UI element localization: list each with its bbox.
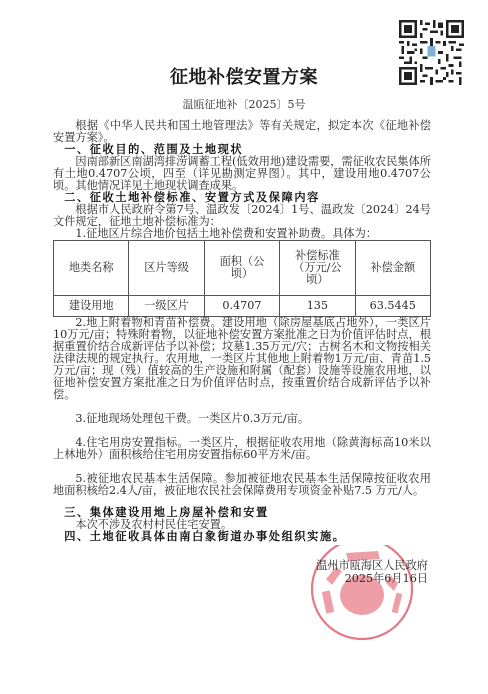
- section2-item5: 5.被征地农民基本生活保障。参加被征地农民基本生活保障按征收农用地面积核给2.4…: [53, 473, 431, 497]
- table-cell-area: 0.4707: [204, 296, 279, 317]
- section2-item1: 1.征地区片综合地价包括土地补偿费和安置补助费。具体为：: [53, 228, 431, 240]
- document-title: 征地补偿安置方案: [0, 63, 488, 89]
- document-body: 根据《中华人民共和国土地管理法》等有关规定，拟定本次《征地补偿安置方案》。 一、…: [53, 120, 431, 543]
- section2-item3: 3.征地现场处理包干费。一类区片0.3万元/亩。: [53, 413, 431, 425]
- compensation-table: 地类名称 区片等级 面积（公顷） 补偿标准（万元/公顷） 补偿金额 建设用地 一…: [53, 240, 431, 317]
- table-cell-amount: 63.5445: [355, 296, 430, 317]
- section2-intro: 根据市人民政府令第7号、温政发〔2024〕1号、温政发〔2024〕24号文件规定…: [53, 204, 431, 228]
- table-cell-land-type: 建设用地: [54, 296, 129, 317]
- table-cell-rate: 135: [280, 296, 355, 317]
- table-header-cell: 补偿金额: [355, 241, 430, 296]
- table-row: 建设用地 一级区片 0.4707 135 63.5445: [54, 296, 431, 317]
- section2-item2: 2.地上附着物和青苗补偿费。建设用地（除房屋基底占地外），一类区片10万元/亩；…: [53, 317, 431, 401]
- table-header-cell: 面积（公顷）: [204, 241, 279, 296]
- table-header-cell: 区片等级: [129, 241, 204, 296]
- table-header-cell: 地类名称: [54, 241, 129, 296]
- table-header-cell: 补偿标准（万元/公顷）: [280, 241, 355, 296]
- issue-date: 2025年6月16日: [316, 572, 428, 585]
- table-header-row: 地类名称 区片等级 面积（公顷） 补偿标准（万元/公顷） 补偿金额: [54, 241, 431, 296]
- document-number: 温瓯征地补〔2025〕5号: [0, 96, 488, 112]
- section2-item4: 4.住宅用房安置指标。一类区片，根据征收农用地（除黄海标高10米以上林地外）面积…: [53, 437, 431, 461]
- section1-body: 因南部新区南湖湾排涝调蓄工程(低效用地)建设需要，需征收农民集体所有土地0.47…: [53, 156, 431, 192]
- table-cell-zone-level: 一级区片: [129, 296, 204, 317]
- section4-heading: 四、土地征收具体由南白象街道办事处组织实施。: [53, 531, 431, 543]
- signature-block: 温州市瓯海区人民政府 2025年6月16日: [316, 559, 428, 585]
- issuer-name: 温州市瓯海区人民政府: [316, 559, 428, 572]
- document-page: 征地补偿安置方案 温瓯征地补〔2025〕5号 根据《中华人民共和国土地管理法》等…: [0, 0, 488, 694]
- intro-paragraph: 根据《中华人民共和国土地管理法》等有关规定，拟定本次《征地补偿安置方案》。: [53, 120, 431, 144]
